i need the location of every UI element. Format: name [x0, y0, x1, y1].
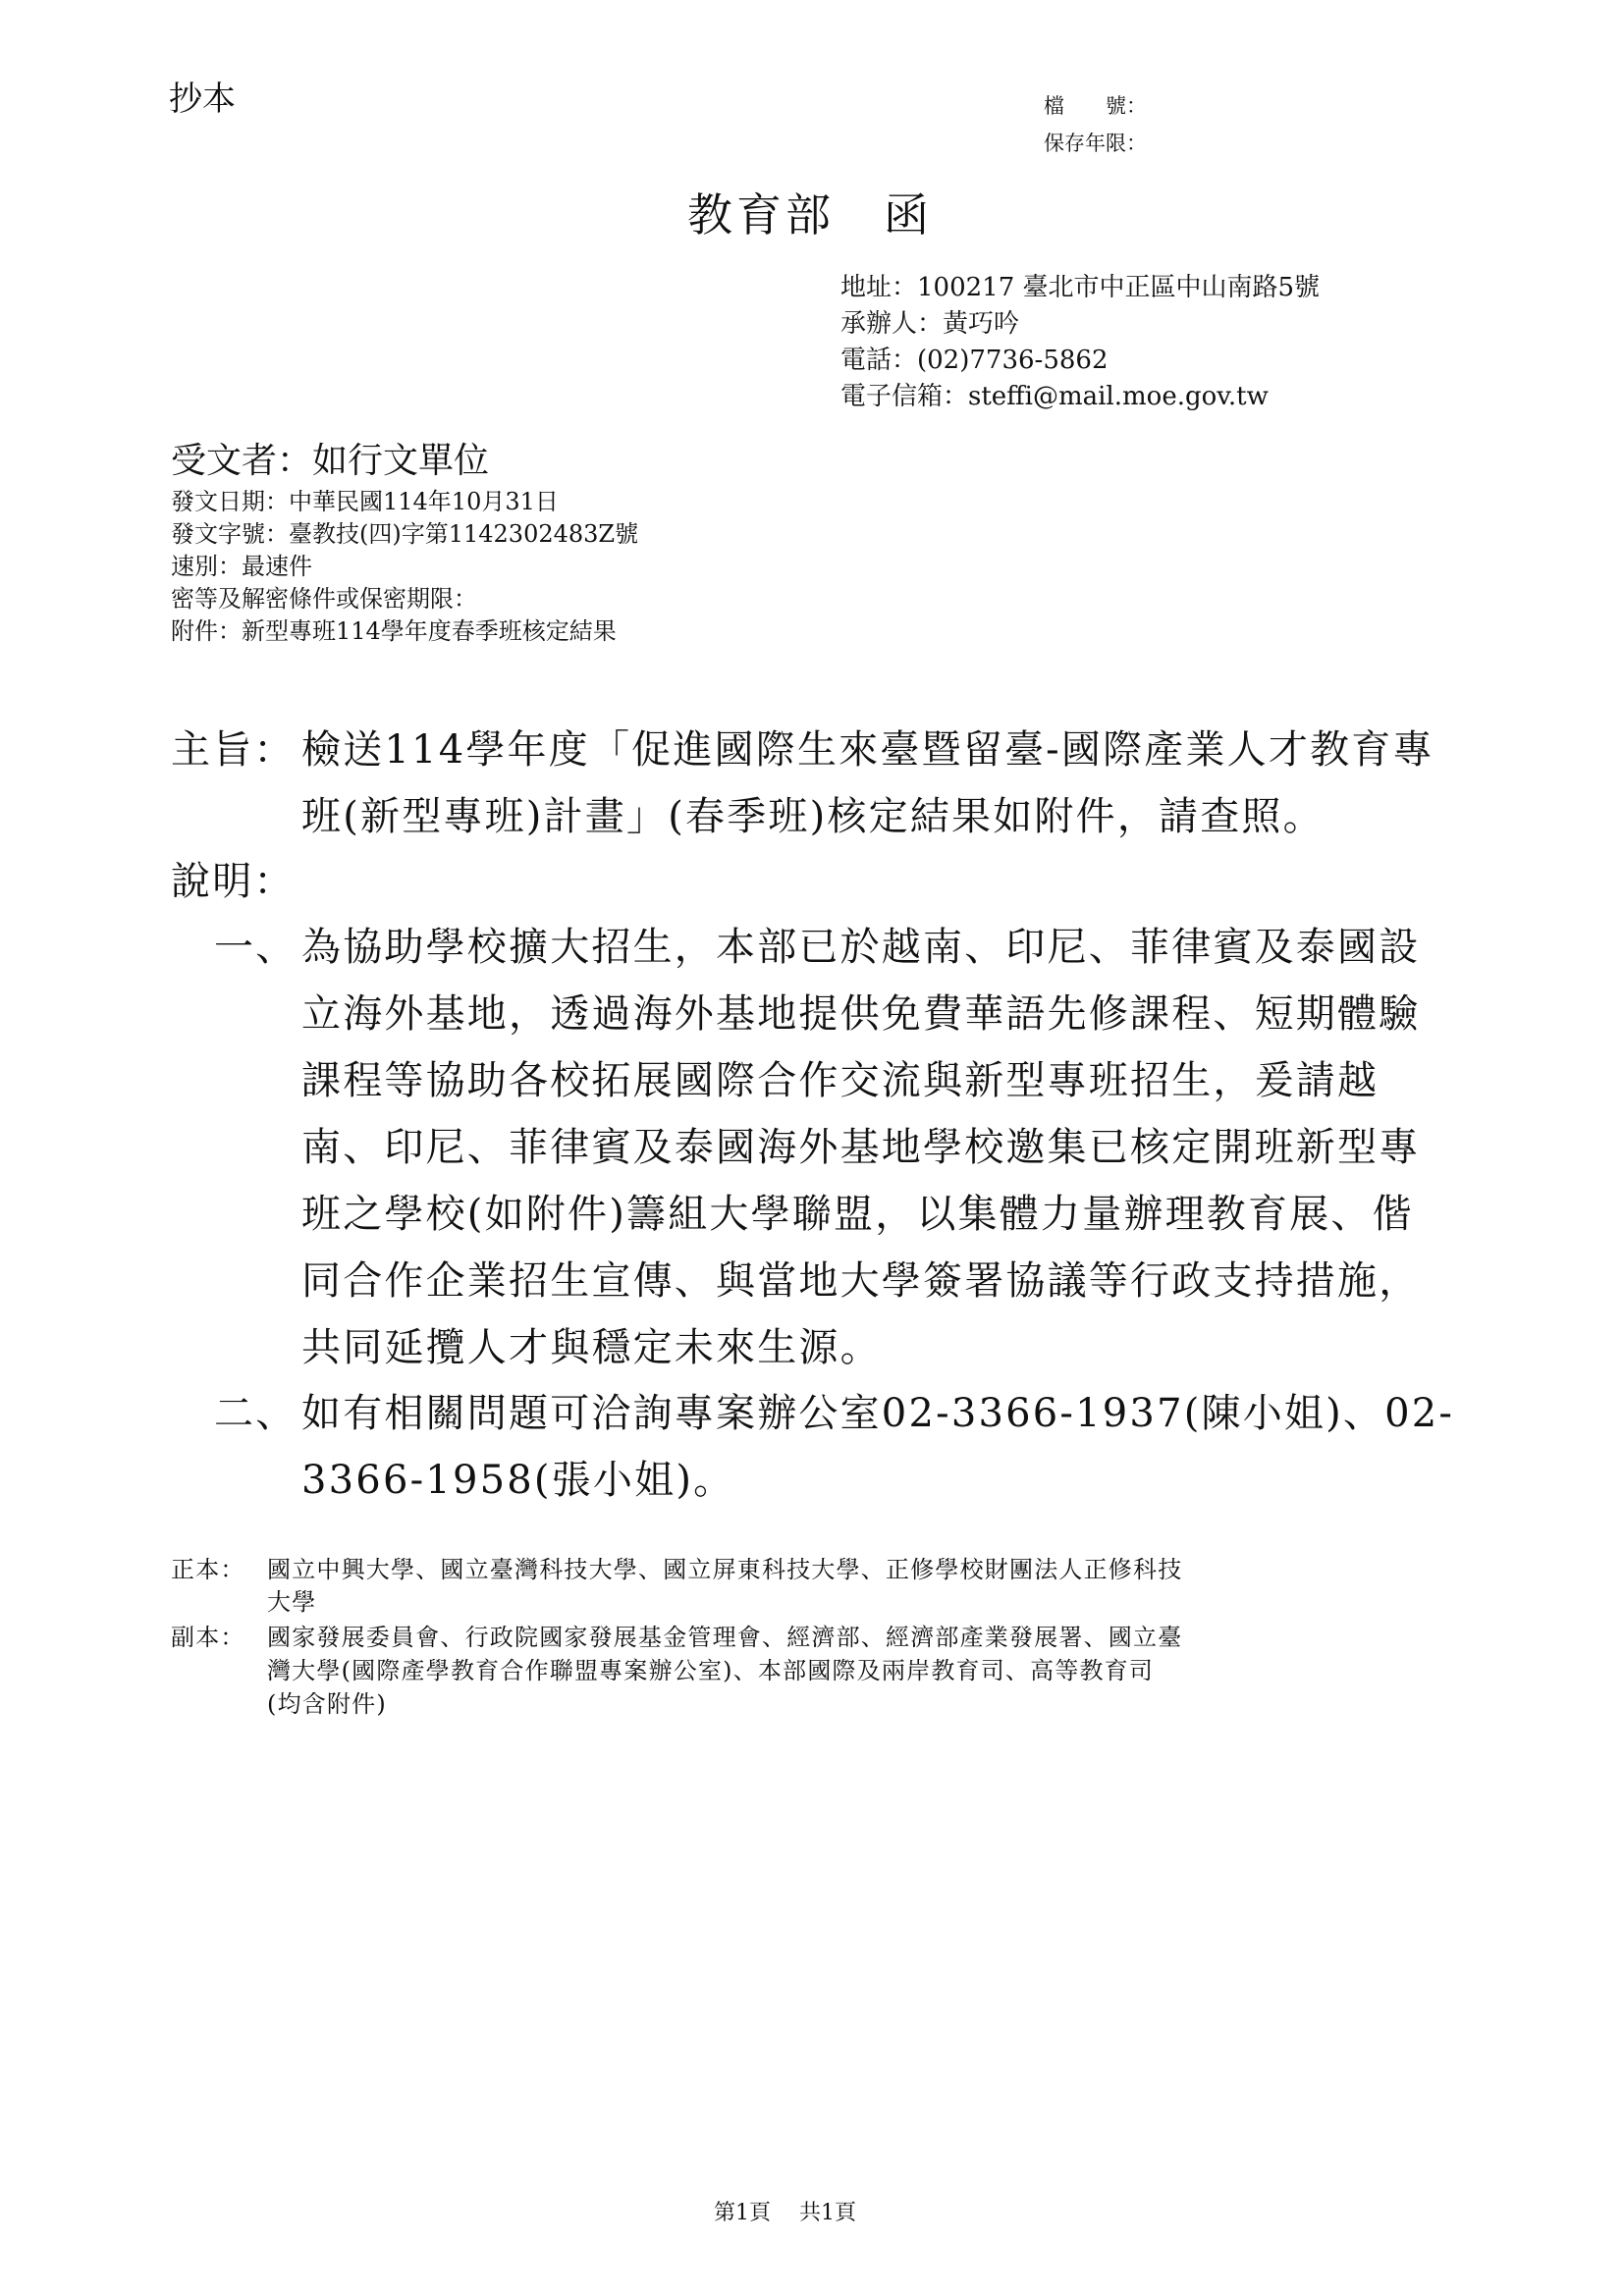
urgency-level: 速別：最速件: [171, 555, 312, 578]
page-number: 第1頁 共1頁: [714, 2203, 856, 2224]
item-line: 為協助學校擴大招生，本部已於越南、印尼、菲律賓及泰國設: [301, 928, 1420, 967]
attachment: 附件：新型專班114學年度春季班核定結果: [171, 619, 617, 643]
recipient: 受文者：如行文單位: [171, 444, 489, 479]
original-recipients-line: 大學: [267, 1590, 316, 1614]
contact-person: 承辦人：黃巧吟: [840, 311, 1019, 337]
item-number: 一、: [214, 928, 297, 967]
retention-period-label: 保存年限：: [1044, 133, 1147, 154]
file-number-label: 檔 號：: [1044, 96, 1147, 117]
copy-recipients-line: 國家發展委員會、行政院國家發展基金管理會、經濟部、經濟部產業發展署、國立臺: [267, 1626, 1182, 1649]
document-title: 教育部 函: [687, 192, 933, 238]
copy-recipients-line: (均含附件): [267, 1692, 387, 1716]
subject-line: 檢送114學年度「促進國際生來臺暨留臺-國際產業人才教育專: [301, 730, 1434, 770]
item-line: 立海外基地，透過海外基地提供免費華語先修課程、短期體驗: [301, 994, 1420, 1034]
document-number: 發文字號：臺教技(四)字第1142302483Z號: [171, 522, 638, 546]
subject-label: 主旨：: [171, 730, 296, 770]
explanation-label: 說明：: [171, 862, 296, 901]
original-recipients-line: 國立中興大學、國立臺灣科技大學、國立屏東科技大學、正修學校財團法人正修科技: [267, 1558, 1182, 1581]
copy-recipients-label: 副本：: [171, 1626, 245, 1649]
item-line: 3366-1958(張小姐)。: [301, 1461, 734, 1500]
item-line: 如有相關問題可洽詢專案辦公室02-3366-1937(陳小姐)、02-: [301, 1394, 1454, 1433]
contact-email: 電子信箱：steffi@mail.moe.gov.tw: [840, 384, 1269, 409]
item-line: 南、印尼、菲律賓及泰國海外基地學校邀集已核定開班新型專: [301, 1128, 1420, 1167]
subject-line: 班(新型專班)計畫」(春季班)核定結果如附件，請查照。: [301, 797, 1325, 836]
item-line: 共同延攬人才與穩定未來生源。: [301, 1328, 882, 1367]
item-number: 二、: [214, 1394, 297, 1433]
classification: 密等及解密條件或保密期限：: [171, 587, 477, 611]
item-line: 班之學校(如附件)籌組大學聯盟，以集體力量辦理教育展、偕: [301, 1195, 1414, 1234]
original-recipients-label: 正本：: [171, 1558, 245, 1581]
copy-recipients-line: 灣大學(國際產學教育合作聯盟專案辦公室)、本部國際及兩岸教育司、高等教育司: [267, 1659, 1154, 1682]
issue-date: 發文日期：中華民國114年10月31日: [171, 490, 559, 513]
item-line: 同合作企業招生宣傳、與當地大學簽署協議等行政支持措施，: [301, 1261, 1420, 1301]
item-line: 課程等協助各校拓展國際合作交流與新型專班招生，爰請越: [301, 1061, 1379, 1100]
sender-address: 地址：100217 臺北市中正區中山南路5號: [840, 275, 1320, 300]
contact-phone: 電話：(02)7736-5862: [840, 347, 1109, 373]
copy-mark: 抄本: [169, 82, 236, 116]
